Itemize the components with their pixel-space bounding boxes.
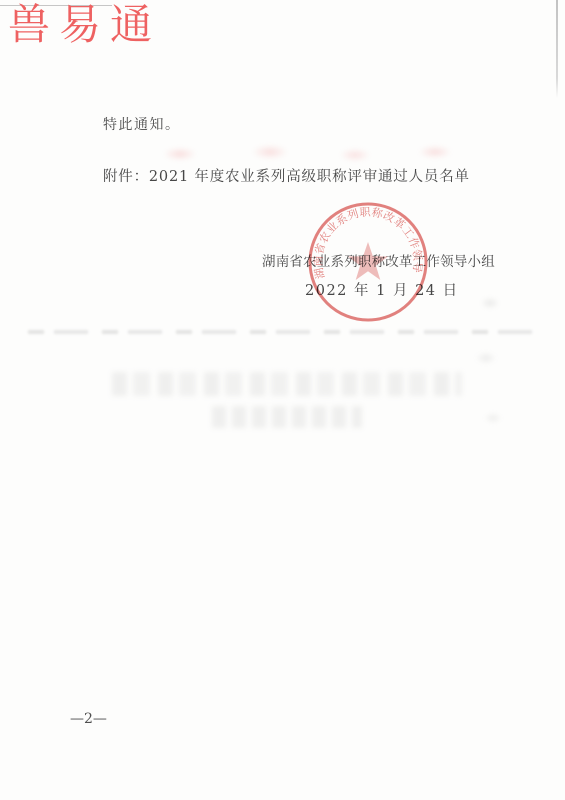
star-icon xyxy=(348,242,388,280)
site-watermark: 兽易通 xyxy=(8,2,161,48)
page-number: —2— xyxy=(70,711,107,727)
ghost-artifact-text-band xyxy=(112,372,462,396)
attachment-line: 附件：2021 年度农业系列高级职称评审通过人员名单 xyxy=(103,169,470,186)
document-page: 兽易通 特此通知。 附件：2021 年度农业系列高级职称评审通过人员名单 湖南省… xyxy=(0,0,565,800)
ghost-artifact-text-band xyxy=(212,406,362,428)
ghost-artifact-smudge xyxy=(468,288,518,458)
ghost-artifact-seal-bleed xyxy=(150,140,460,168)
ghost-artifact-dash-row xyxy=(28,330,533,334)
notice-line: 特此通知。 xyxy=(103,117,181,134)
scan-edge-line-right xyxy=(556,0,558,98)
official-seal: 湖南省农业系列职称改革工作领导小组 xyxy=(306,200,430,324)
